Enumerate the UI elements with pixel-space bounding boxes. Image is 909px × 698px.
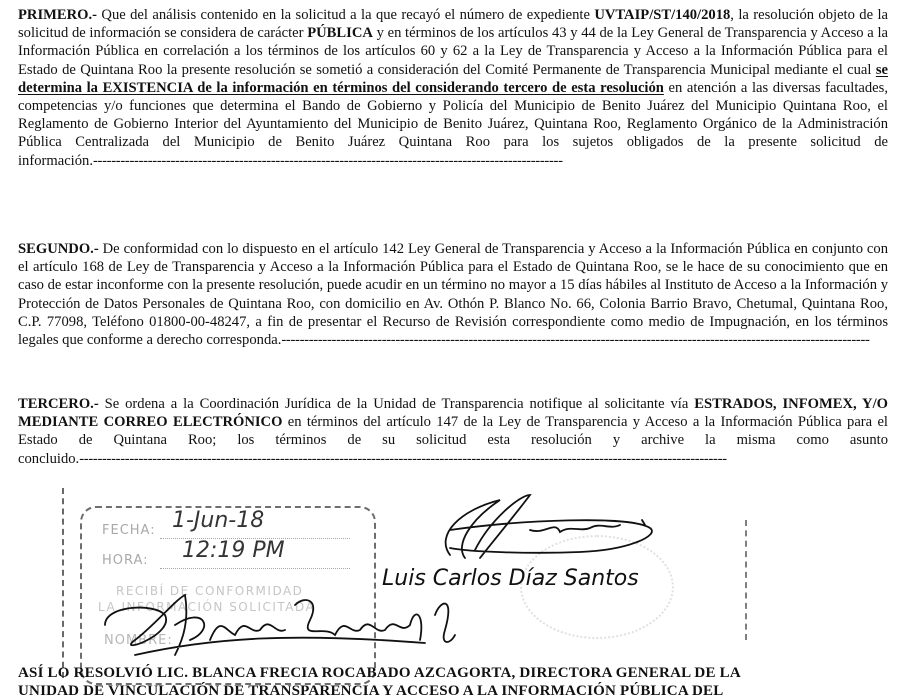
paragraph-primero: PRIMERO.- Que del análisis contenido en … [18,6,888,170]
stamp-border-outer [62,488,67,678]
tercero-text-1: Se ordena a la Coordinación Jurídica de … [99,396,695,412]
stamp-hora-label: HORA: [102,552,149,570]
document-page: PRIMERO.- Que del análisis contenido en … [0,0,909,698]
footer-line-1: ASÍ LO RESOLVIÓ LIC. BLANCA FRECIA ROCAB… [18,664,888,682]
segundo-lead: SEGUNDO.- [18,241,99,257]
dash-fill: ----------------------------------------… [281,332,869,348]
primero-lead: PRIMERO.- [18,7,97,23]
stamp-hora-line [160,568,350,569]
director-signature [430,490,690,570]
tercero-lead: TERCERO.- [18,396,99,412]
paragraph-segundo: SEGUNDO.- De conformidad con lo dispuest… [18,240,888,349]
paragraph-tercero: TERCERO.- Se ordena a la Coordinación Ju… [18,395,888,468]
dash-fill: ----------------------------------------… [79,451,727,467]
stamp-fecha-label: FECHA: [102,522,156,540]
blanca-signature [95,585,465,665]
expediente-number: UVTAIP/ST/140/2018 [594,7,730,23]
dash-fill: ----------------------------------------… [93,153,563,169]
caracter-publica: PÚBLICA [307,25,373,41]
stamp-fecha-value: 1-Jun-18 [172,512,264,530]
stamp-hora-value: 12:19 PM [182,542,285,560]
primero-text-1: Que del análisis contenido en la solicit… [97,7,594,23]
stamp-border-right [745,520,749,640]
footer-line-2: UNIDAD DE VINCULACIÓN DE TRANSPARENCIA Y… [18,682,888,698]
